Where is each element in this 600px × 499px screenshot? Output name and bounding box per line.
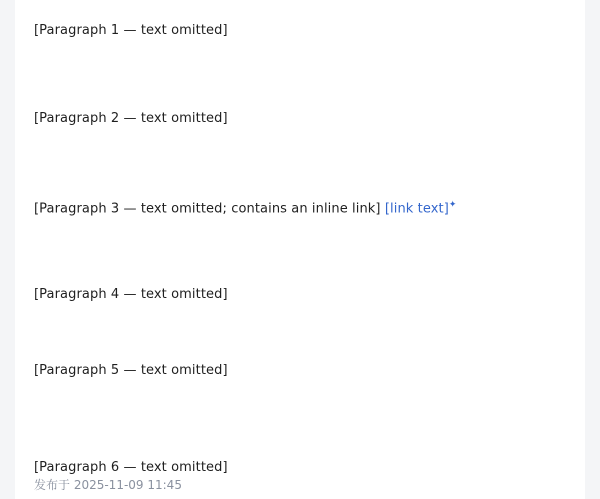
paragraph: [Paragraph 2 — text omitted] — [34, 108, 228, 130]
inline-link[interactable]: [link text] — [385, 201, 449, 216]
paragraph: [Paragraph 1 — text omitted] — [34, 20, 228, 42]
publish-timestamp: 发布于 2025-11-09 11:45 — [34, 476, 182, 493]
paragraph-text: [Paragraph 3 — text omitted; contains an… — [34, 201, 381, 216]
paragraph: [Paragraph 5 — text omitted] — [34, 360, 228, 382]
link-mark-icon: ✦ — [449, 200, 457, 210]
paragraph-with-link: [Paragraph 3 — text omitted; contains an… — [34, 194, 457, 220]
paragraph: [Paragraph 4 — text omitted] — [34, 284, 228, 306]
article-card: [Paragraph 1 — text omitted] [Paragraph … — [15, 0, 585, 499]
